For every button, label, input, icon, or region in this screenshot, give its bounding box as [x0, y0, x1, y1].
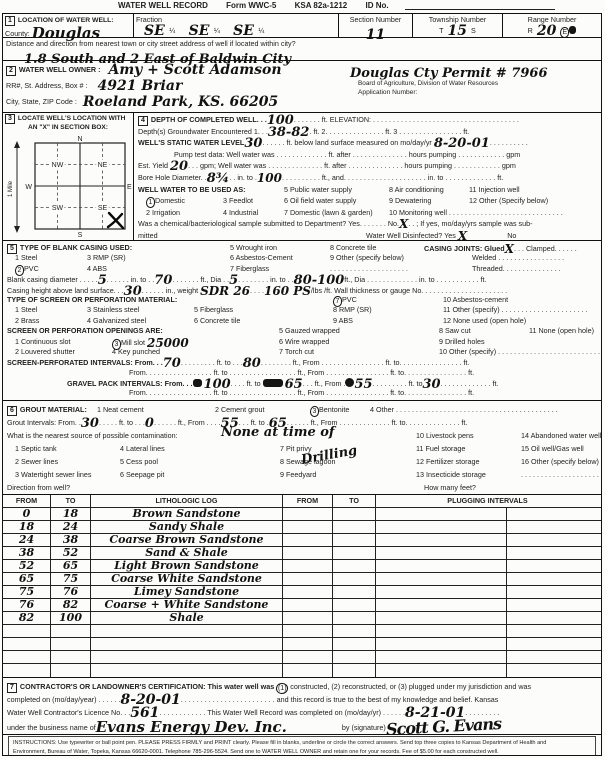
opening-option-3: Mill slot — [121, 338, 145, 347]
casing-option-2: PVC — [24, 264, 39, 273]
use-option-8: 8 Air conditioning — [389, 184, 469, 196]
casing-diameter-label-4: . . . . . . . . in. to . . — [238, 275, 294, 284]
statute-ref: KSA 82a-1212 — [295, 1, 348, 10]
section-3-number: 3 — [5, 114, 15, 124]
log-description: Brown Sandstone — [91, 508, 283, 520]
use-option-10: 10 Monitoring well . . . . . . . . . . .… — [389, 207, 563, 219]
table-row: 018Brown Sandstone — [3, 508, 601, 521]
contam-option-2: 2 Sewer lines — [15, 455, 120, 468]
screen-option-2: 2 Brass — [15, 316, 87, 326]
north-label: N — [77, 136, 82, 143]
grout-option-2: 2 Cement grout — [215, 403, 310, 416]
log-from: 76 — [3, 599, 51, 611]
log-to: 18 — [51, 508, 91, 520]
log-to: 75 — [51, 573, 91, 585]
log-from: 38 — [3, 547, 51, 559]
use-option-2: 2 Irrigation — [146, 207, 223, 219]
log-to: 65 — [51, 560, 91, 572]
log-from: 65 — [3, 573, 51, 585]
contam-option-13: 13 Insecticide storage — [416, 468, 521, 481]
distance-label: Distance and direction from nearest town… — [6, 39, 598, 48]
sw-label: SW — [52, 205, 64, 212]
fraction-1: SE — [144, 24, 165, 38]
casing-diameter-label-5: ft., Dia . . . . . . . . . . . . . in. t… — [344, 275, 486, 284]
section-2-number: 2 — [6, 66, 16, 76]
contam-option-10: 10 Livestock pens — [416, 429, 521, 442]
casing-option-9: 9 Other (specify below) — [330, 253, 424, 263]
owner-city-field: Roeland Park, KS. 66205 — [83, 95, 278, 109]
contam-option-11: 11 Fuel storage — [416, 442, 521, 455]
pump-test-label: Pump test data: Well water was . . . . .… — [138, 149, 597, 161]
table-row-empty — [3, 664, 601, 677]
header-to-2: TO — [333, 495, 376, 507]
chem-sample-no-x: X — [399, 218, 408, 230]
header-to: TO — [51, 495, 91, 507]
casing-joints-label: CASING JOINTS: Glued — [424, 244, 505, 253]
static-level-label: WELL'S STATIC WATER LEVEL — [138, 138, 244, 147]
use-option-7: 7 Domestic (lawn & garden) — [284, 207, 389, 219]
range-r: R — [528, 26, 533, 35]
screen-option-1: 1 Steel — [15, 305, 87, 315]
casing-title: TYPE OF BLANK CASING USED: — [20, 243, 132, 252]
table-row-empty — [3, 651, 601, 664]
section-2-owner: 2WATER WELL OWNER : Amy + Scott Adamson … — [3, 61, 601, 113]
opening-option-7: 7 Torch cut — [279, 347, 439, 357]
contam-option-6: 6 Seepage pit — [120, 468, 280, 481]
section-5-casing: 5TYPE OF BLANK CASING USED:5 Wrought iro… — [3, 241, 601, 401]
casing-option-5: 5 Wrought iron — [230, 243, 330, 253]
table-row-empty — [3, 625, 601, 638]
county-label: County: — [5, 29, 30, 38]
owner-title: WATER WELL OWNER : — [19, 65, 101, 74]
quarter-glyph: ¼ — [214, 26, 220, 35]
opening-option-2: 2 Louvered shutter — [15, 347, 112, 357]
application-number-label: Application Number: — [350, 89, 600, 96]
ink-blot — [263, 379, 283, 387]
locate-title-1: LOCATE WELL'S LOCATION WITH — [18, 115, 126, 122]
screen-option-9: 9 ABS — [333, 316, 443, 326]
contamination-label: What is the nearest source of possible c… — [7, 429, 416, 442]
certification-label: CONTRACTOR'S OR LANDOWNER'S CERTIFICATIO… — [20, 682, 274, 691]
licence-label: Water Well Contractor's Licence No. . . — [7, 708, 130, 717]
bore-label-3: . . . . . . . . . . ft., and. . . . . . … — [282, 173, 503, 182]
use-option-11: 11 Injection well — [469, 184, 520, 196]
depth-completed-label: DEPTH OF COMPLETED WELL. . . — [151, 115, 267, 124]
id-blank-line — [405, 1, 555, 10]
table-row: 3852Sand & Shale — [3, 547, 601, 560]
fraction-3: SE — [233, 24, 254, 38]
bore-to-field: 100 — [257, 172, 282, 184]
log-to: 52 — [51, 547, 91, 559]
water-well-record-form: WATER WELL RECORD Form WWC-5 KSA 82a-121… — [0, 0, 605, 759]
ink-blot — [569, 26, 576, 34]
log-from: 18 — [3, 521, 51, 533]
screen-option-6: 6 Concrete tile — [194, 316, 333, 326]
grout-intervals-label-2: . . . . . ft. to . . . — [99, 418, 145, 427]
se-label: SE — [98, 205, 108, 212]
gravel-pack-label: GRAVEL PACK INTERVALS: From. . . — [67, 379, 193, 388]
certification-label-2: constructed, (2) reconstructed, or (3) p… — [290, 682, 531, 691]
screen-material-title: TYPE OF SCREEN OR PERFORATION MATERIAL: — [7, 295, 333, 305]
joints-welded-label: Welded . . . . . . . . . . . . . . . . . — [424, 253, 564, 263]
screen-option-5: 5 Fiberglass — [194, 305, 333, 315]
section-1-number: 1 — [5, 16, 15, 26]
log-to: 100 — [51, 612, 91, 624]
use-option-5: 5 Public water supply — [284, 184, 389, 196]
screen-option-3: 3 Stainless steel — [87, 305, 194, 315]
est-yield-label-2: . . . gpm; Well water was . . . . . . . … — [188, 161, 516, 170]
casing-diameter-label: Blank casing diameter . . . . . — [7, 275, 98, 284]
screen-option-4: 4 Galvanized steel — [87, 316, 194, 326]
id-label: ID No. — [365, 1, 388, 10]
contam-option-14: 14 Abandoned water well — [521, 431, 601, 440]
grout-option-4: 4 Other . . . . . . . . . . . . . . . . … — [370, 405, 558, 414]
opening-option-8: 8 Saw cut — [439, 326, 529, 336]
contam-option-4: 4 Lateral lines — [120, 442, 280, 455]
gravel-label-5: . . . . . . . . . . . . . ft. — [441, 379, 499, 388]
opening-option-9: 9 Drilled holes — [439, 337, 485, 346]
other-dots: . . . . . . . . . . . . . . . . . . . . — [330, 264, 424, 274]
screen-option-7: PVC — [342, 295, 357, 304]
screen-option-8: 8 RMP (SR) — [333, 305, 443, 315]
casing-option-3: 3 RMP (SR) — [87, 253, 230, 263]
table-header-row: FROM TO LITHOLOGIC LOG FROM TO PLUGGING … — [3, 495, 601, 508]
joints-threaded-label: Threaded. . . . . . . . . . . . . . . — [424, 264, 561, 274]
log-description: Light Brown Sandstone — [91, 560, 283, 572]
grout-title: GROUT MATERIAL: — [20, 405, 87, 414]
form-title: WATER WELL RECORD — [118, 1, 208, 10]
table-row: 7682Coarse + White Sandstone — [3, 599, 601, 612]
instructions-box: INSTRUCTIONS: Use typewriter or ball poi… — [8, 736, 596, 756]
groundwater-label-2: . ft. 2. . . . . . . . . . . . . . . ft.… — [309, 127, 469, 136]
opening-option-1: 1 Continuous slot — [15, 337, 112, 347]
south-label: S — [78, 232, 83, 239]
header-plugging-intervals: PLUGGING INTERVALS — [376, 495, 599, 507]
casing-diameter-label-2: . . . . . . in. to . . — [107, 275, 155, 284]
disinfected-yes-x: X — [458, 230, 467, 242]
township-field: 15 — [448, 24, 467, 38]
gravel-label-4: . . . . . . . . . ft. to — [373, 379, 423, 388]
screen-intervals-label: SCREEN-PERFORATED INTERVALS: From. . . — [7, 358, 163, 367]
log-from: 52 — [3, 560, 51, 572]
contam-option-9: 9 Feedyard — [280, 468, 416, 481]
use-option-4: 4 Industrial — [223, 207, 284, 219]
disinfected-no-label: No — [507, 231, 516, 240]
log-from: 82 — [3, 612, 51, 624]
opening-option-5: 5 Gauzed wrapped — [279, 326, 439, 336]
elevation-label: . . . . . . . ft. ELEVATION: . . . . . .… — [294, 115, 519, 124]
header-from: FROM — [3, 495, 51, 507]
use-option-3: 3 Feedlot — [223, 195, 284, 207]
section-6-grout: 6GROUT MATERIAL:1 Neat cement2 Cement gr… — [3, 401, 601, 495]
static-level-label-2: . . . . . . ft. below land surface measu… — [262, 138, 431, 147]
header-lithologic-log: LITHOLOGIC LOG — [91, 495, 283, 507]
gravel-label-2: . . . . ft. to — [231, 379, 261, 388]
instructions-line-1: INSTRUCTIONS: Use typewriter or ball poi… — [13, 739, 591, 748]
groundwater-label: Depth(s) Groundwater Encountered 1. . . — [138, 127, 268, 136]
form-body: 1LOCATION OF WATER WELL: County: Douglas… — [2, 13, 602, 756]
range-east-circled: E — [560, 27, 569, 38]
screen-option-11: 11 Other (specify) . . . . . . . . . . .… — [443, 305, 587, 314]
contam-option-1: 1 Septic tank — [15, 442, 120, 455]
x-mark — [108, 213, 123, 228]
opening-option-6: 6 Wire wrapped — [279, 337, 439, 347]
instructions-line-2: Environment, Bureau of Water, Topeka, Ka… — [13, 748, 591, 757]
chem-sample-label: Was a chemical/bacteriological sample su… — [138, 219, 399, 228]
west-label: W — [25, 184, 32, 191]
direction-from-well-label: Direction from well? — [7, 481, 424, 494]
section-6-number: 6 — [7, 406, 17, 416]
permit-note-field: Douglas Cty Permit # 7966 — [350, 67, 548, 80]
table-row: 6575Coarse White Sandstone — [3, 573, 601, 586]
distance-row: Distance and direction from nearest town… — [3, 38, 601, 61]
grout-intervals-label: Grout Intervals: From. . — [7, 418, 81, 427]
grout-option-1: 1 Neat cement — [97, 403, 215, 416]
table-row-empty — [3, 638, 601, 651]
quarter-glyph: ¼ — [169, 26, 175, 35]
table-row: 82100Shale — [3, 612, 601, 625]
signature-label: by (signature) — [342, 723, 386, 732]
form-header: WATER WELL RECORD Form WWC-5 KSA 82a-121… — [118, 1, 571, 10]
casing-option-8: 8 Concrete tile — [330, 243, 424, 253]
township-s: S — [471, 26, 476, 35]
east-label: E — [127, 184, 132, 191]
owner-name-field: Amy + Scott Adamson — [109, 63, 282, 77]
chem-sample-label-2: . . ; If yes, mo/day/yrs sample was sub- — [408, 219, 532, 228]
form-number: Form WWC-5 — [226, 1, 276, 10]
log-description: Limey Sandstone — [91, 586, 283, 598]
log-from: 75 — [3, 586, 51, 598]
use-option-12: 12 Other (Specify below) — [469, 195, 548, 207]
owner-city-label: City, State, ZIP Code : — [6, 97, 77, 106]
record-completed-label: . . . . . . . . . . . . This Water Well … — [159, 708, 405, 717]
section-1-title: LOCATION OF WATER WELL: — [18, 17, 114, 24]
contam-option-16: 16 Other (specify below) — [521, 457, 599, 466]
section-3-locate: 3LOCATE WELL'S LOCATION WITH AN "X" IN S… — [3, 113, 134, 240]
contamination-field-1: None at time of — [221, 426, 335, 439]
log-from: 24 — [3, 534, 51, 546]
gravel-label-3: . . . ft., From . — [303, 379, 346, 388]
opening-option-10: 10 Other (specify) . . . . . . . . . . .… — [439, 347, 602, 356]
casing-height-label: Casing height above land surface. . . — [7, 286, 124, 295]
screen-intervals-label-2: . . . . . . . . . ft. to . . . — [181, 358, 243, 367]
screen-option-12: 12 None used (open hole) — [443, 316, 526, 325]
section-7-number: 7 — [7, 683, 17, 693]
business-name-label: under the business name of — [7, 723, 96, 732]
owner-address-field: 4921 Briar — [98, 79, 183, 93]
use-option-9: 9 Dewatering — [389, 195, 469, 207]
quarter-glyph: ¼ — [258, 26, 264, 35]
table-row: 7576Limey Sandstone — [3, 586, 601, 599]
log-to: 24 — [51, 521, 91, 533]
log-description: Coarse Brown Sandstone — [91, 534, 283, 546]
completed-on-label-2: . . . . . . . . . . . . . . . . . . . . … — [181, 695, 499, 704]
section-1-location: 1LOCATION OF WATER WELL: County: Douglas… — [3, 14, 601, 38]
log-description: Coarse White Sandstone — [91, 573, 283, 585]
ne-label: NE — [98, 162, 108, 169]
lithologic-log-table: FROM TO LITHOLOGIC LOG FROM TO PLUGGING … — [3, 495, 601, 678]
contam-dots: . . . . . . . . . . . . . . . . . . . . … — [521, 470, 602, 479]
section-7-certification: 7CONTRACTOR'S OR LANDOWNER'S CERTIFICATI… — [3, 678, 601, 735]
nw-label: NW — [52, 162, 64, 169]
agency-name: Board of Agriculture, Division of Water … — [350, 80, 600, 87]
log-from: 0 — [3, 508, 51, 520]
header-from-2: FROM — [283, 495, 333, 507]
completed-on-label: completed on (mo/day/year) . . . . . . — [7, 695, 120, 704]
ink-blot — [345, 378, 354, 387]
log-to: 82 — [51, 599, 91, 611]
table-row: 2438Coarse Brown Sandstone — [3, 534, 601, 547]
business-name-field: Evans Energy Dev. Inc. — [96, 720, 287, 735]
weight-dots: . . . . — [250, 286, 264, 295]
section-box-diagram: 1 Mile N S W E NW NE SW SE — [5, 131, 133, 239]
static-dots: . . . . . . . . . . — [490, 138, 528, 147]
owner-address-label: RR#, St. Address, Box # : — [6, 81, 88, 90]
openings-title: SCREEN OR PERFORATION OPENINGS ARE: — [7, 326, 279, 336]
locate-title-2: AN "X" IN SECTION BOX: — [5, 124, 131, 131]
ink-blot — [193, 379, 202, 387]
log-to: 38 — [51, 534, 91, 546]
section-number-label: Section Number — [341, 15, 410, 24]
section-4-number: 4 — [138, 116, 148, 126]
est-yield-label: Est. Yield — [138, 161, 168, 170]
use-option-6: 6 Oil field water supply — [284, 195, 389, 207]
casing-diameter-label-3: . . . . . . . ft., Dia . . — [172, 275, 229, 284]
log-description: Sand & Shale — [91, 547, 283, 559]
use-option-1: Domestic — [155, 196, 185, 205]
township-t: T — [439, 26, 443, 35]
log-to: 76 — [51, 586, 91, 598]
joints-clamped-label: . . . Clamped. . . . . . — [514, 244, 577, 253]
log-description: Sandy Shale — [91, 521, 283, 533]
table-row: 1824Sandy Shale — [3, 521, 601, 534]
disinfected-label: Water Well Disinfected? Yes — [366, 231, 456, 240]
bore-label-2: . . in. to . — [229, 173, 257, 182]
table-row: 5265Light Brown Sandstone — [3, 560, 601, 573]
contam-option-5: 5 Cess pool — [120, 455, 280, 468]
use-title: WELL WATER TO BE USED AS: — [138, 184, 284, 196]
range-field: 20 — [537, 24, 556, 38]
signature: Scott G. Evans — [385, 716, 501, 738]
contam-option-15: 15 Oil well/Gas well — [521, 444, 584, 453]
opening-option-11: 11 None (open hole) — [529, 326, 594, 335]
contam-option-12: 12 Fertilizer storage — [416, 455, 521, 468]
mitted-label: mitted — [138, 230, 366, 242]
gravel-pack-blank-row: From. . . . . . . . . . . . . . . . . ft… — [7, 388, 597, 398]
contam-option-3: 3 Watertight sewer lines — [15, 468, 120, 481]
one-mile-label: 1 Mile — [8, 180, 14, 197]
log-description: Shale — [91, 612, 283, 624]
grout-option-3: Bentonite — [319, 405, 349, 414]
screen-option-10: 10 Asbestos-cement — [443, 295, 508, 304]
screen-intervals-label-3: . . . . . . . . ft., From . . . . . . . … — [261, 358, 469, 367]
grout-intervals-label-3: . . . . . . ft., From . . . . — [154, 418, 221, 427]
bore-diameter-label: Bore Hole Diameter. . — [138, 173, 207, 182]
casing-option-6: 6 Asbestos-Cement — [230, 253, 330, 263]
casing-weight-label: . . . . . . in., weight — [142, 286, 198, 295]
casing-option-1: 1 Steel — [15, 253, 87, 263]
section-4-depth: 4DEPTH OF COMPLETED WELL. . .100. . . . … — [134, 113, 601, 240]
log-description: Coarse + White Sandstone — [91, 599, 283, 611]
fraction-2: SE — [189, 24, 210, 38]
how-many-feet-label: How many feet? — [424, 483, 476, 492]
wall-thickness-label: /lbs /ft. Wall thickness or gauge No. . … — [311, 286, 507, 295]
